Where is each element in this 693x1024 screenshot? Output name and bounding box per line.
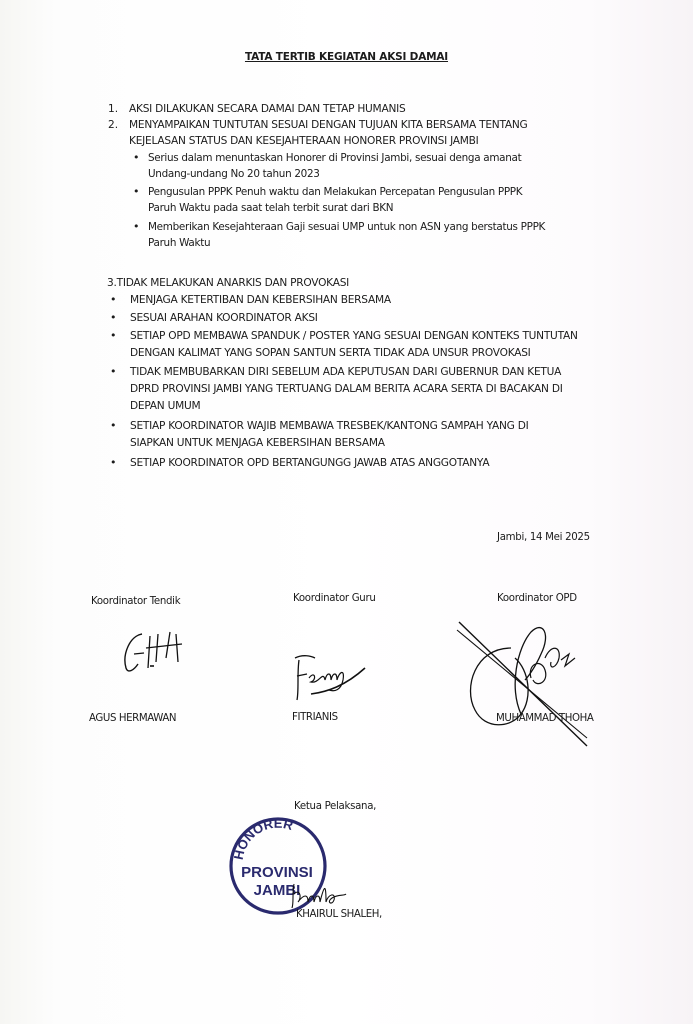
rule-3-sub-4-line-2: DPRD PROVINSI JAMBI YANG TERTUANG DALAM … (130, 381, 563, 397)
bullet-icon (133, 184, 140, 200)
rule-2-sub-3-line-1: Memberikan Kesejahteraan Gaji sesuai UMP… (148, 219, 545, 235)
chair-role: Ketua Pelaksana, (294, 801, 376, 812)
rule-2-text-line-1: MENYAMPAIKAN TUNTUTAN SESUAI DENGAN TUJU… (129, 117, 528, 133)
signatory-2-role: Koordinator Guru (293, 593, 376, 604)
stamp-top-text: HONORER (231, 816, 295, 861)
rule-1-text: AKSI DILAKUKAN SECARA DAMAI DAN TETAP HU… (129, 101, 405, 117)
rule-2-sub-1-line-1: Serius dalam menuntaskan Honorer di Prov… (148, 150, 521, 166)
signatory-3-name: MUHAMMAD THOHA (496, 713, 593, 724)
bullet-icon (110, 328, 117, 344)
document-title: TATA TERTIB KEGIATAN AKSI DAMAI (0, 51, 693, 63)
signatory-2-name: FITRIANIS (292, 712, 338, 723)
rule-3-sub-4-line-3: DEPAN UMUM (130, 398, 200, 414)
rule-3-sub-5-line-1: SETIAP KOORDINATOR WAJIB MEMBAWA TRESBEK… (130, 418, 529, 434)
rule-2-number: 2. (108, 117, 118, 133)
bullet-icon (110, 364, 117, 380)
signature-khairul-shaleh (290, 880, 350, 910)
rule-3-sub-1: MENJAGA KETERTIBAN DAN KEBERSIHAN BERSAM… (130, 292, 391, 308)
bullet-icon (110, 292, 117, 308)
svg-text:HONORER: HONORER (231, 816, 295, 861)
rule-1-number: 1. (108, 101, 118, 117)
rule-2-sub-2-line-1: Pengusulan PPPK Penuh waktu dan Melakuka… (148, 184, 522, 200)
rule-3-sub-3-line-1: SETIAP OPD MEMBAWA SPANDUK / POSTER YANG… (130, 328, 578, 344)
signature-fitrianis (285, 650, 375, 710)
bullet-icon (110, 455, 117, 471)
rule-3-sub-3-line-2: DENGAN KALIMAT YANG SOPAN SANTUN SERTA T… (130, 345, 531, 361)
document-page: TATA TERTIB KEGIATAN AKSI DAMAI 1. AKSI … (0, 0, 693, 1024)
bullet-icon (133, 219, 140, 235)
rule-3-heading: 3.TIDAK MELAKUKAN ANARKIS DAN PROVOKASI (107, 275, 349, 291)
stamp-middle-text: PROVINSI (241, 864, 313, 881)
rule-3-sub-4-line-1: TIDAK MEMBUBARKAN DIRI SEBELUM ADA KEPUT… (130, 364, 561, 380)
chair-name: KHAIRUL SHALEH, (296, 909, 382, 920)
signatory-1-name: AGUS HERMAWAN (89, 713, 176, 724)
signature-muhammad-thoha (455, 618, 595, 748)
bullet-icon (133, 150, 140, 166)
rule-2-text-line-2: KEJELASAN STATUS DAN KESEJAHTERAAN HONOR… (129, 133, 479, 149)
rule-3-sub-5-line-2: SIAPKAN UNTUK MENJAGA KEBERSIHAN BERSAMA (130, 435, 385, 451)
signature-agus-hermawan (120, 628, 190, 678)
rule-3-sub-6: SETIAP KOORDINATOR OPD BERTANGUNGG JAWAB… (130, 455, 489, 471)
rule-2-sub-1-line-2: Undang-undang No 20 tahun 2023 (148, 166, 320, 182)
rule-2-sub-2-line-2: Paruh Waktu pada saat telah terbit surat… (148, 200, 393, 216)
signatory-1-role: Koordinator Tendik (91, 596, 180, 607)
place-date: Jambi, 14 Mei 2025 (497, 532, 590, 543)
rule-3-sub-2: SESUAI ARAHAN KOORDINATOR AKSI (130, 310, 318, 326)
bullet-icon (110, 418, 117, 434)
rule-2-sub-3-line-2: Paruh Waktu (148, 235, 210, 251)
signatory-3-role: Koordinator OPD (497, 593, 577, 604)
bullet-icon (110, 310, 117, 326)
